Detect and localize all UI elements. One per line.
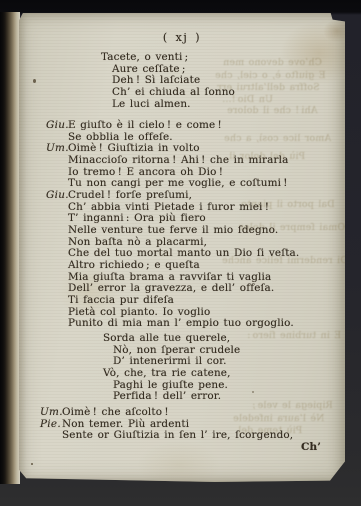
verse-line: Nelle venture tue ferve il mio ſdegno. [68, 225, 299, 237]
opening-stanza: Tacete, o venti ;Aure ceſſate ;Deh ! Sì … [101, 52, 235, 110]
bleedthrough-fragment: Ahi ! che il dolore [227, 105, 318, 117]
dialogue-block-1: Giu.E giuſto è il cielo ! e come !Se obb… [46, 120, 299, 330]
dialogue-block-2: Um.Oimè ! che aſcolto !Pie.Non temer. Pi… [40, 407, 293, 442]
book-page: Ch’ove devono men E giuſto è, o ciel, ch… [19, 13, 345, 482]
speech: Giu.Crudel ! forſe preſumi,Ch’ abbia vin… [46, 190, 299, 330]
aria-stanza: Sorda alle tue querele,Nò, non ſperar cr… [103, 333, 240, 403]
foxing-speck [31, 463, 33, 465]
speech: Um.Oimè ! Giuſtizia in voltoMinaccioſo r… [46, 143, 299, 190]
verse-line: Punito di mia man l’ empio tuo orgoglio. [68, 318, 299, 330]
speech: Um.Oimè ! che aſcolto ! [40, 407, 293, 419]
verse-line: Vò, che, tra rie catene, [103, 368, 240, 380]
verse-line: E giuſto è il cielo ! e come ! [68, 120, 299, 132]
verse-line: Minaccioſo ritorna ! Ahi ! che in mirarl… [68, 155, 299, 167]
foxing-speck [33, 79, 36, 83]
bleedthrough-fragment: E in turbine fiero : [247, 330, 341, 342]
verse-line: Tacete, o venti ; [101, 52, 235, 64]
speaker-label: Pie. [40, 419, 61, 431]
verse-line: Oimè ! che aſcolto ! [62, 407, 293, 419]
binding-edge [0, 12, 20, 484]
verse-line: Sente or Giuſtizia in ſen l’ ire, ſcorge… [62, 430, 293, 442]
catchword: Ch’ [301, 442, 321, 454]
page-number: ( xj ) [19, 32, 345, 44]
verse-line: Ch’ ei chiuda al ſonno [112, 87, 235, 99]
speech: Giu.E giuſto è il cielo ! e come !Se obb… [46, 120, 299, 143]
speech: Pie.Non temer. Più ardentiSente or Giuſt… [40, 419, 293, 442]
verse-line: Perfida ! dell’ error. [113, 391, 240, 403]
bleedthrough-fragment: Ch’ove devono men [223, 57, 322, 69]
verse-line: Altro richiedo ; e queſta [68, 260, 299, 272]
speaker-label: Giu. [46, 190, 69, 202]
speaker-label: Giu. [46, 120, 69, 132]
verse-line: Le luci almen. [112, 99, 235, 111]
foxing-speck [252, 391, 254, 393]
verse-line: Ti faccia pur difeſa [68, 295, 299, 307]
verse-line: Sorda alle tue querele, [103, 333, 240, 345]
speaker-label: Um. [46, 143, 69, 155]
verse-line: Crudel ! forſe preſumi, [68, 190, 299, 202]
speaker-label: Um. [40, 407, 63, 419]
